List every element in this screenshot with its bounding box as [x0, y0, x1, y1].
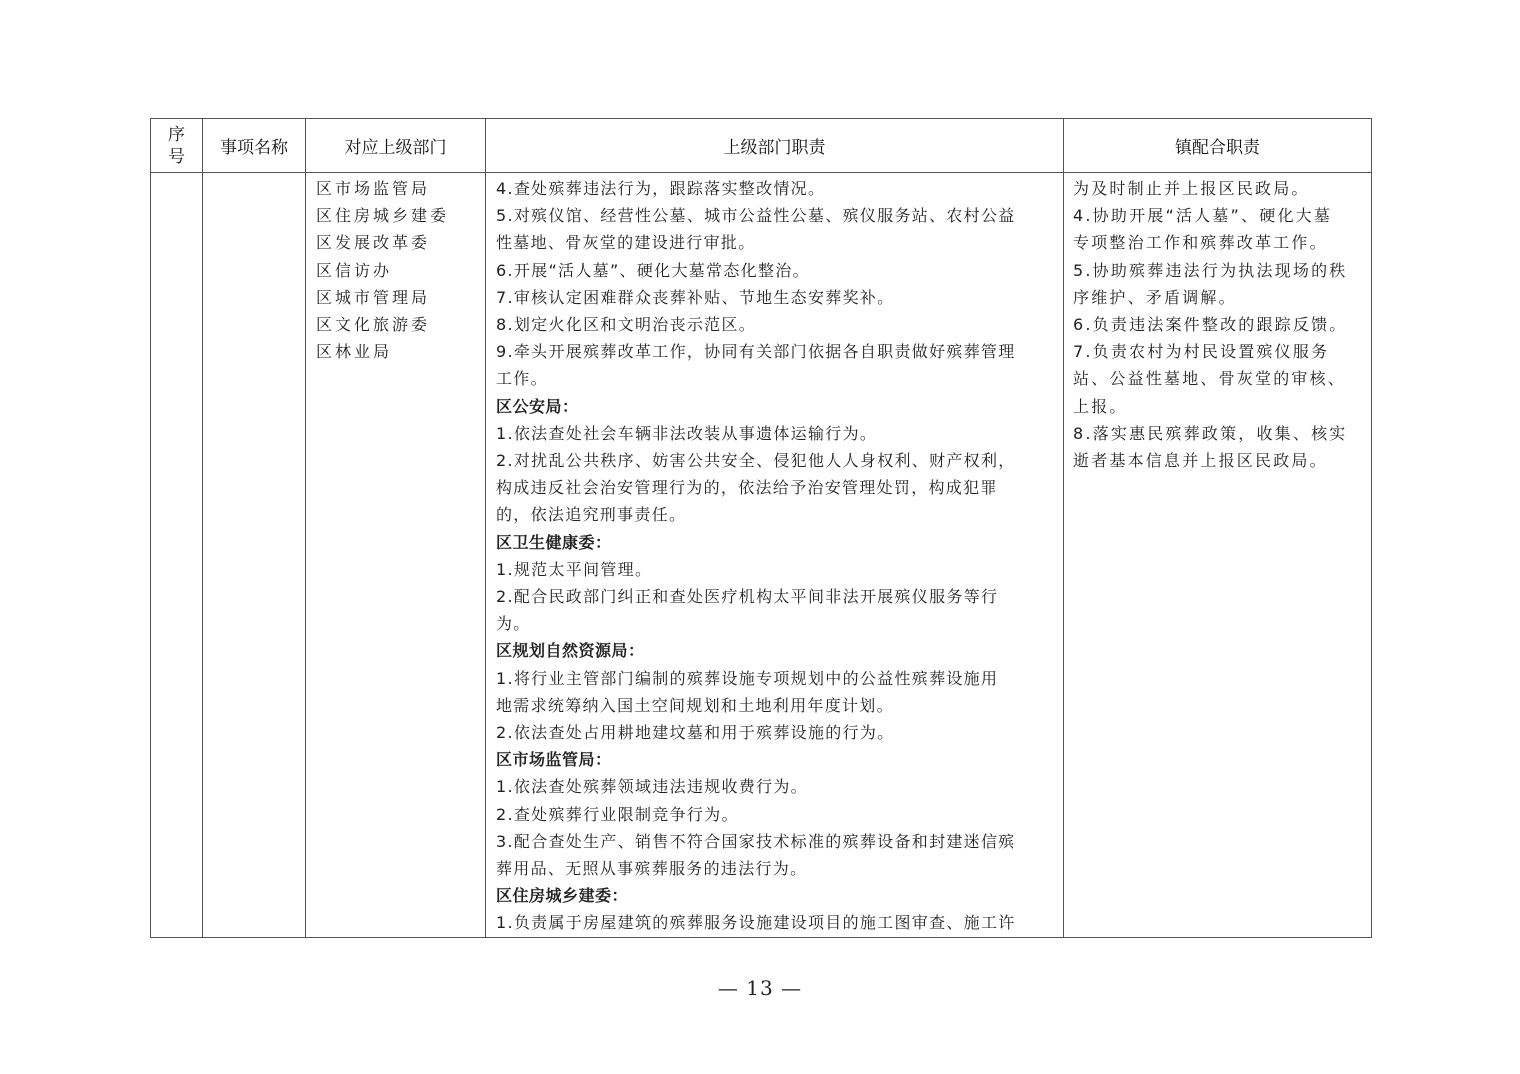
cell-town-duties: 为及时制止并上报区民政局。4.协助开展“活人墓”、硬化大墓专项整治工作和殡葬改革…	[1064, 173, 1372, 938]
town-duties-list: 为及时制止并上报区民政局。4.协助开展“活人墓”、硬化大墓专项整治工作和殡葬改革…	[1064, 173, 1371, 474]
table-row: 区市场监管局区住房城乡建委区发展改革委区信访办区城市管理局区文化旅游委区林业局 …	[151, 173, 1372, 938]
duty-line: 1.负责属于房屋建筑的殡葬服务设施建设项目的施工图审查、施工许	[496, 909, 1055, 936]
duty-line: 1.依法查处殡葬领域违法违规收费行为。	[496, 773, 1055, 800]
duty-line: 2.对扰乱公共秩序、妨害公共安全、侵犯他人人身权利、财产权利，	[496, 447, 1055, 474]
duty-line: 工作。	[496, 365, 1055, 392]
department-heading: 区规划自然资源局：	[496, 637, 1055, 664]
town-duty-line: 6.负责违法案件整改的跟踪反馈。	[1073, 311, 1367, 338]
header-town-duties: 镇配合职责	[1064, 119, 1372, 173]
duty-line: 性墓地、骨灰堂的建设进行审批。	[496, 229, 1055, 256]
duties-table: 序 号 事项名称 对应上级部门 上级部门职责 镇配合职责 区市场监管局区住房城乡…	[150, 118, 1372, 938]
duty-line: 9.牵头开展殡葬改革工作，协同有关部门依据各自职责做好殡葬管理	[496, 338, 1055, 365]
duty-line: 1.将行业主管部门编制的殡葬设施专项规划中的公益性殡葬设施用	[496, 665, 1055, 692]
table-header-row: 序 号 事项名称 对应上级部门 上级部门职责 镇配合职责	[151, 119, 1372, 173]
cell-seq	[151, 173, 203, 938]
town-duty-line: 上报。	[1073, 393, 1367, 420]
duty-line: 2.配合民政部门纠正和查处医疗机构太平间非法开展殡仪服务等行	[496, 583, 1055, 610]
department-heading: 区公安局：	[496, 393, 1055, 420]
duty-line: 的，依法追究刑事责任。	[496, 501, 1055, 528]
header-superior-department: 对应上级部门	[306, 119, 486, 173]
duty-line: 2.依法查处占用耕地建坟墓和用于殡葬设施的行为。	[496, 719, 1055, 746]
header-seq-line1: 序	[151, 124, 202, 146]
header-seq-line2: 号	[151, 146, 202, 168]
cell-superior-duties: 4.查处殡葬违法行为，跟踪落实整改情况。5.对殡仪馆、经营性公墓、城市公益性公墓…	[486, 173, 1064, 938]
town-duty-line: 逝者基本信息并上报区民政局。	[1073, 447, 1367, 474]
duty-line: 构成违反社会治安管理行为的，依法给予治安管理处罚，构成犯罪	[496, 474, 1055, 501]
department-item: 区信访办	[316, 257, 477, 284]
town-duty-line: 7.负责农村为村民设置殡仪服务	[1073, 338, 1367, 365]
department-item: 区市场监管局	[316, 175, 477, 202]
duty-line: 1.规范太平间管理。	[496, 556, 1055, 583]
town-duty-line: 5.协助殡葬违法行为执法现场的秩	[1073, 257, 1367, 284]
superior-duties-list: 4.查处殡葬违法行为，跟踪落实整改情况。5.对殡仪馆、经营性公墓、城市公益性公墓…	[486, 173, 1063, 937]
duty-line: 1.依法查处社会车辆非法改装从事遗体运输行为。	[496, 420, 1055, 447]
department-item: 区发展改革委	[316, 229, 477, 256]
duty-line: 葬用品、无照从事殡葬服务的违法行为。	[496, 855, 1055, 882]
department-heading: 区市场监管局：	[496, 746, 1055, 773]
cell-departments: 区市场监管局区住房城乡建委区发展改革委区信访办区城市管理局区文化旅游委区林业局	[306, 173, 486, 938]
department-list: 区市场监管局区住房城乡建委区发展改革委区信访办区城市管理局区文化旅游委区林业局	[306, 173, 485, 365]
duty-line: 5.对殡仪馆、经营性公墓、城市公益性公墓、殡仪服务站、农村公益	[496, 202, 1055, 229]
header-seq: 序 号	[151, 119, 203, 173]
town-duty-line: 专项整治工作和殡葬改革工作。	[1073, 229, 1367, 256]
town-duty-line: 序维护、矛盾调解。	[1073, 284, 1367, 311]
duty-line: 4.查处殡葬违法行为，跟踪落实整改情况。	[496, 175, 1055, 202]
duty-line: 为。	[496, 610, 1055, 637]
town-duty-line: 站、公益性墓地、骨灰堂的审核、	[1073, 365, 1367, 392]
duty-line: 地需求统筹纳入国土空间规划和土地利用年度计划。	[496, 692, 1055, 719]
town-duty-line: 为及时制止并上报区民政局。	[1073, 175, 1367, 202]
header-superior-duties: 上级部门职责	[486, 119, 1064, 173]
duty-line: 6.开展“活人墓”、硬化大墓常态化整治。	[496, 257, 1055, 284]
department-heading: 区住房城乡建委：	[496, 882, 1055, 909]
page-number: — 13 —	[0, 976, 1520, 1000]
cell-item-name	[203, 173, 306, 938]
department-item: 区住房城乡建委	[316, 202, 477, 229]
department-item: 区文化旅游委	[316, 311, 477, 338]
duty-line: 3.配合查处生产、销售不符合国家技术标准的殡葬设备和封建迷信殡	[496, 828, 1055, 855]
duty-line: 7.审核认定困难群众丧葬补贴、节地生态安葬奖补。	[496, 284, 1055, 311]
duty-line: 2.查处殡葬行业限制竞争行为。	[496, 801, 1055, 828]
town-duty-line: 8.落实惠民殡葬政策，收集、核实	[1073, 420, 1367, 447]
department-item: 区城市管理局	[316, 284, 477, 311]
town-duty-line: 4.协助开展“活人墓”、硬化大墓	[1073, 202, 1367, 229]
department-item: 区林业局	[316, 338, 477, 365]
department-heading: 区卫生健康委：	[496, 529, 1055, 556]
header-item-name: 事项名称	[203, 119, 306, 173]
duty-line: 8.划定火化区和文明治丧示范区。	[496, 311, 1055, 338]
